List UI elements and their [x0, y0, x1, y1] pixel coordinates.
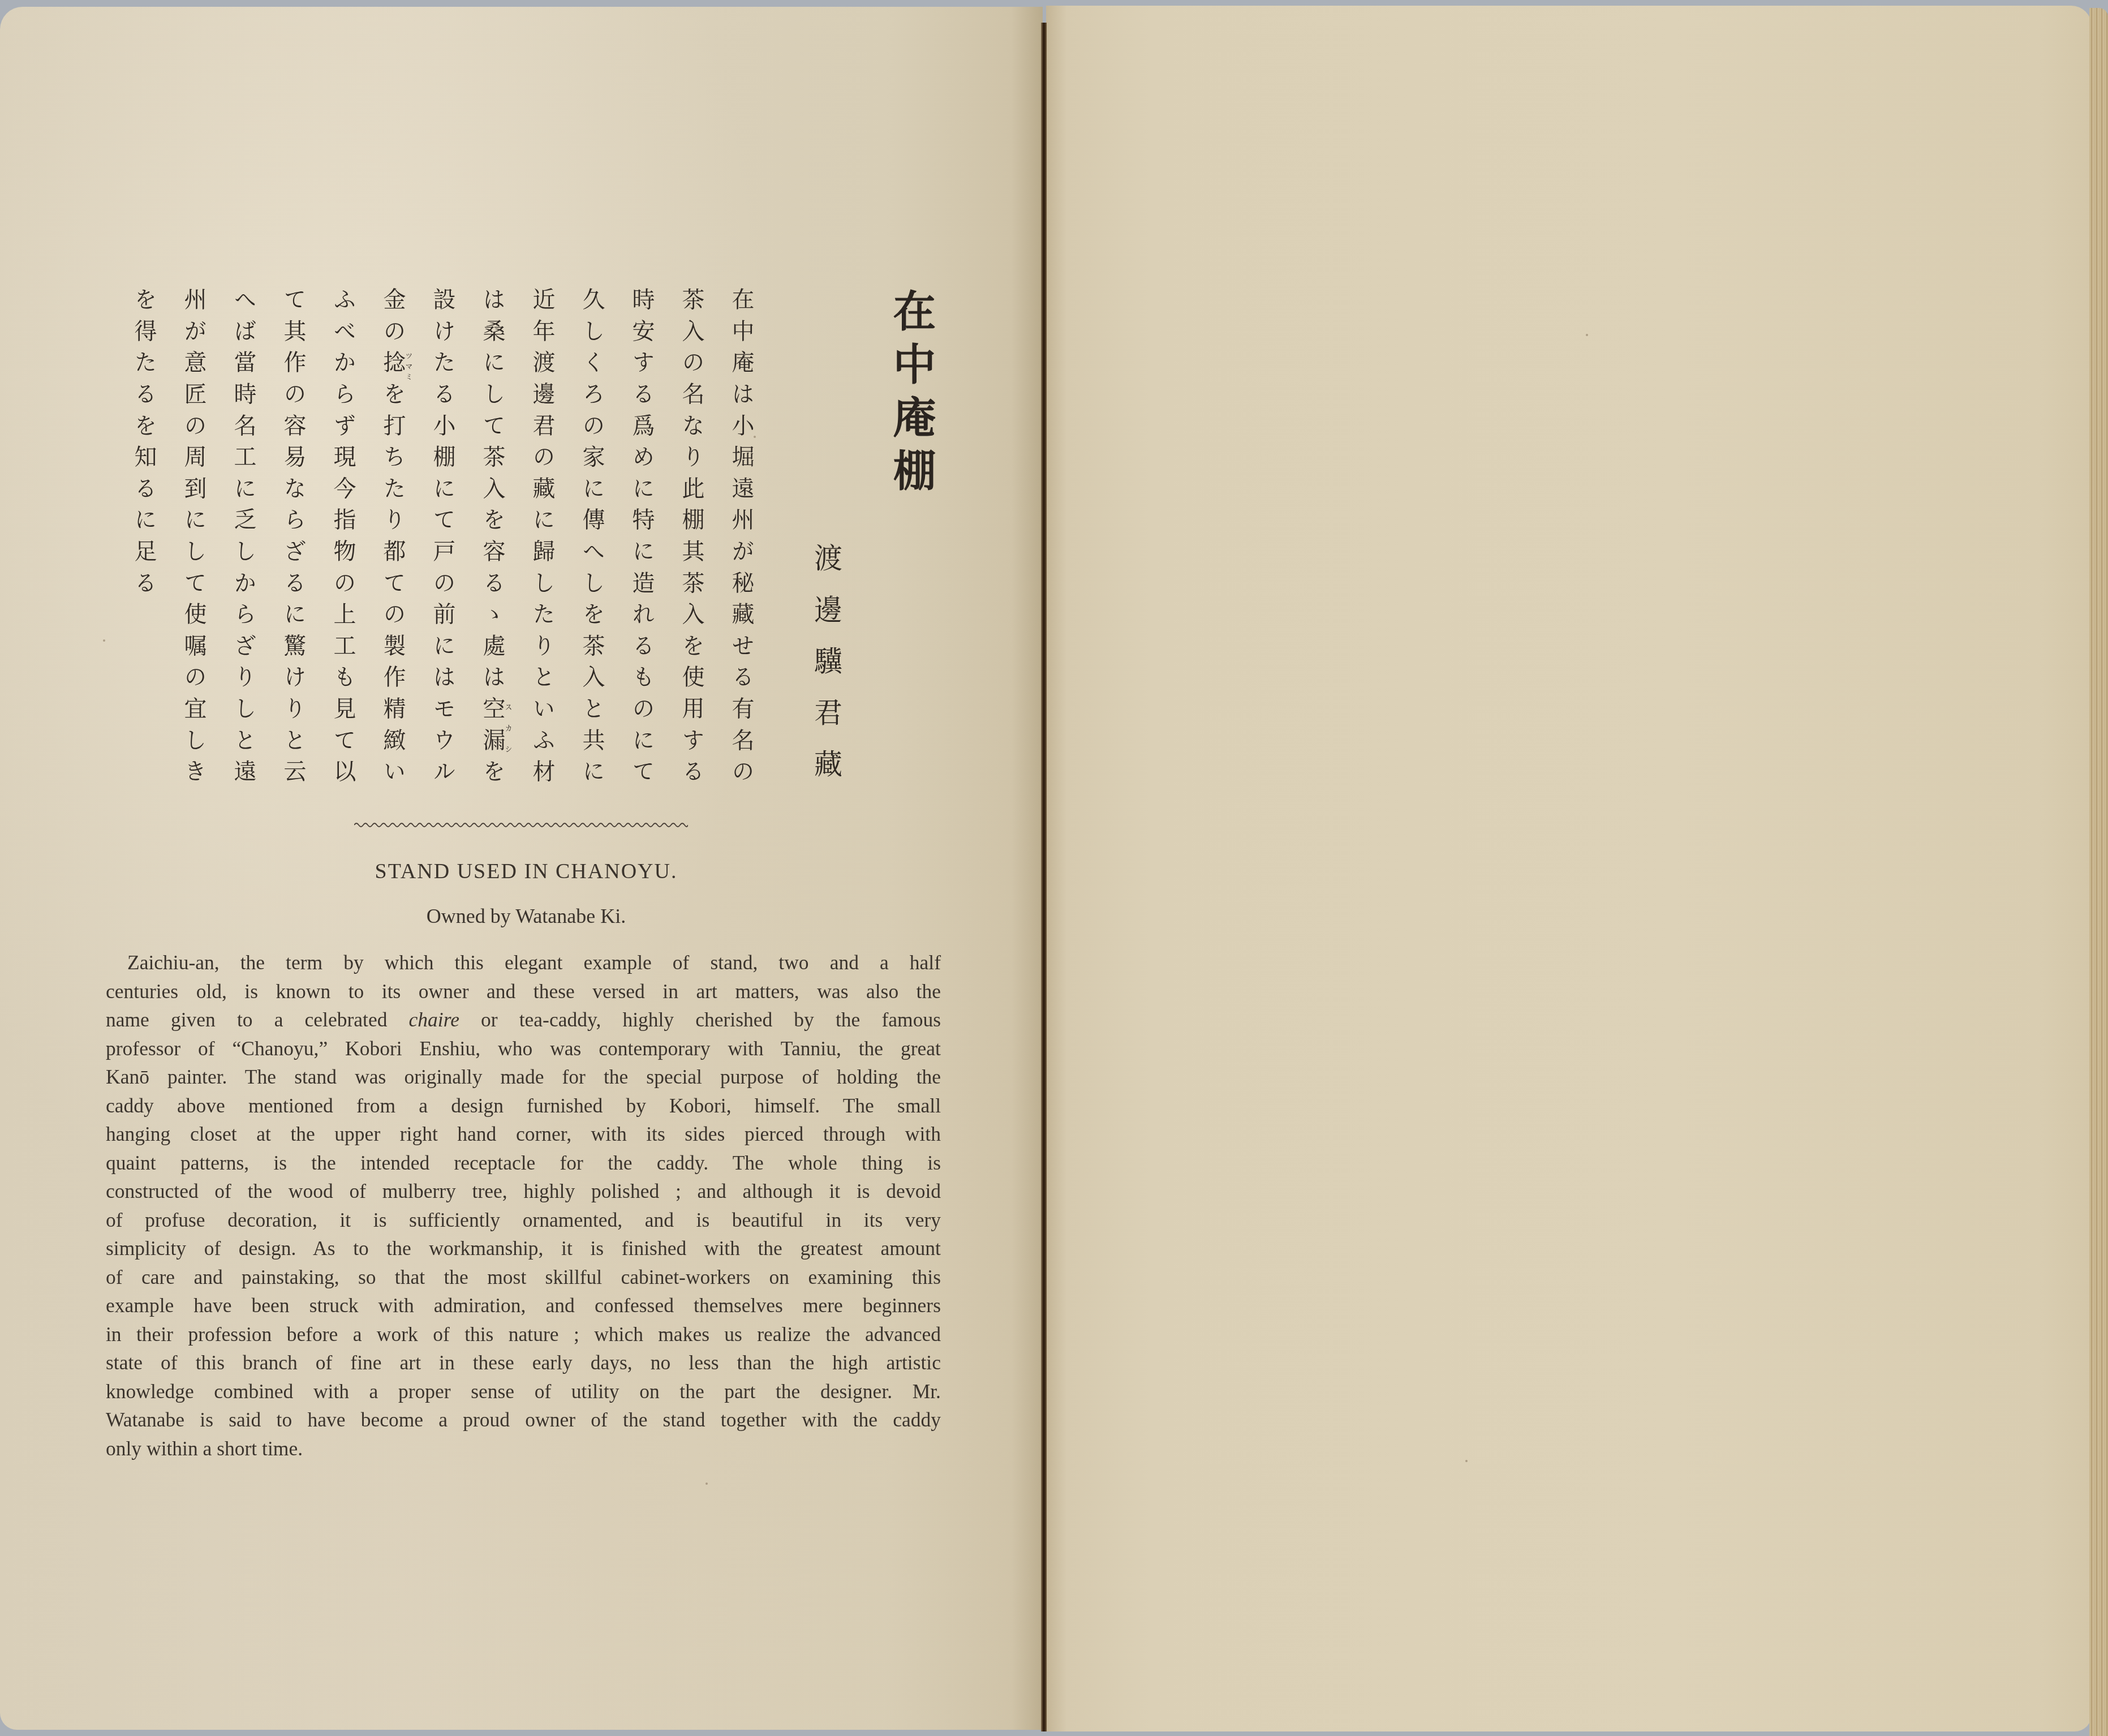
text-line: quaint patterns, is the intended recepta… — [106, 1149, 941, 1178]
book-spread: 在中庵棚 渡邊驥君藏 在中庵は小堀遠州が秘藏せる有名の 茶入の名なり此棚其茶入を… — [0, 0, 2108, 1736]
text-line: simplicity of design. As to the workmans… — [106, 1234, 941, 1263]
paper-speck — [1586, 334, 1588, 336]
japanese-column: 茶入の名なり此棚其茶入を使用する — [666, 287, 716, 797]
japanese-column: 金の捻ツマミを打ちたり都ての製作精緻い — [368, 287, 418, 797]
japanese-column: 時安する爲めに特に造れるものにて — [617, 287, 666, 797]
paper-speck — [705, 1483, 708, 1485]
text-line: state of this branch of fine art in thes… — [106, 1348, 941, 1377]
book-gutter — [1041, 23, 1047, 1731]
text-line: hanging closet at the upper right hand c… — [106, 1120, 941, 1149]
paper-speck — [754, 436, 756, 438]
japanese-column: 州が意匠の周到にして使嘱の宜しき — [169, 287, 218, 797]
text-line: example have been struck with admiration… — [106, 1291, 941, 1320]
japanese-body-text: 在中庵は小堀遠州が秘藏せる有名の 茶入の名なり此棚其茶入を使用する 時安する爲め… — [119, 287, 766, 797]
text-line: of care and painstaking, so that the mos… — [106, 1263, 941, 1292]
japanese-column: を得たるを知るに足る — [119, 287, 169, 797]
japanese-column: て其作の容易ならざるに驚けりと云 — [268, 287, 318, 797]
english-title: STAND USED IN CHANOYU. — [317, 859, 735, 884]
right-page — [1046, 6, 2092, 1731]
japanese-title: 在中庵棚 — [885, 289, 936, 501]
japanese-column: 近年渡邊君の藏に歸したりといふ材 — [517, 287, 567, 797]
japanese-column: へば當時名工に乏しからざりしと遠 — [218, 287, 268, 797]
wavy-divider — [354, 820, 688, 830]
japanese-owner-credit: 渡邊驥君藏 — [803, 543, 849, 801]
paper-speck — [1465, 1460, 1468, 1462]
text-line: Kanō painter. The stand was originally m… — [106, 1063, 941, 1092]
english-body-paragraph: Zaichiu-an, the term by which this elega… — [106, 948, 941, 1463]
furigana: 捻ツマミ — [380, 350, 406, 382]
japanese-column: ふべからず現今指物の上工も見て以 — [318, 287, 368, 797]
text-line: constructed of the wood of mulberry tree… — [106, 1177, 941, 1206]
furigana: 空漏スカシ — [479, 697, 505, 759]
japanese-column: 設けたる小棚にて戸の前にはモウル — [418, 287, 467, 797]
text-line: only within a short time. — [106, 1434, 941, 1463]
text-line: name given to a celebrated chaire or tea… — [106, 1005, 941, 1034]
text-line: in their profession before a work of thi… — [106, 1320, 941, 1349]
japanese-column: 久しくろの家に傳へしを茶入と共に — [567, 287, 617, 797]
text-line: professor of “Chanoyu,” Kobori Enshiu, w… — [106, 1034, 941, 1063]
text-line: knowledge combined with a proper sense o… — [106, 1377, 941, 1406]
text-line: Zaichiu-an, the term by which this elega… — [106, 948, 941, 977]
english-owner-credit: Owned by Watanabe Ki. — [317, 904, 735, 928]
text-line: caddy above mentioned from a design furn… — [106, 1092, 941, 1120]
italic-term: chaire — [409, 1008, 459, 1031]
text-line: of profuse decoration, it is sufficientl… — [106, 1206, 941, 1235]
japanese-column: は桑にして茶入を容るゝ處は空漏スカシを — [467, 287, 517, 797]
japanese-column: 在中庵は小堀遠州が秘藏せる有名の — [716, 287, 766, 797]
text-line: centuries old, is known to its owner and… — [106, 977, 941, 1006]
paper-speck — [103, 639, 105, 642]
page-edges — [2089, 8, 2108, 1736]
text-line: Watanabe is said to have become a proud … — [106, 1406, 941, 1434]
